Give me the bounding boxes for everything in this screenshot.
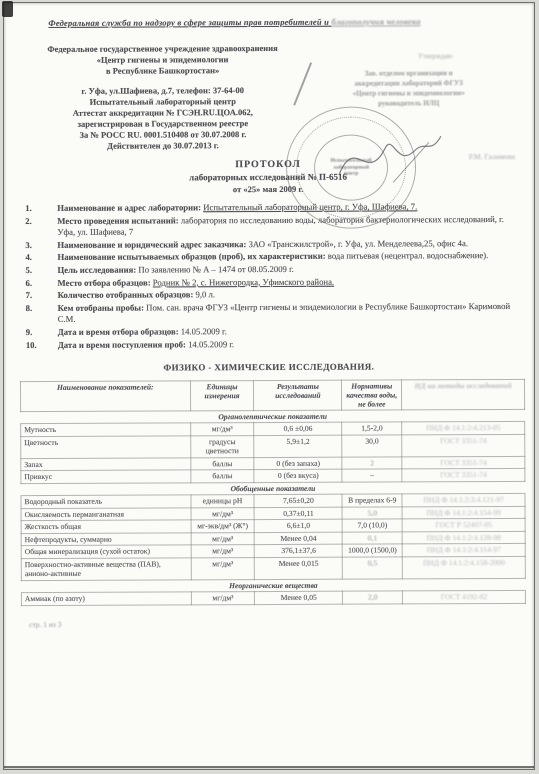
list-item-value: 14.05.2009 г. (188, 339, 234, 349)
param-result: 5,9±1,2 (254, 435, 342, 457)
table-row: Аммиак (по азоту)мг/дм³Менее 0,052,0ГОСТ… (21, 591, 525, 606)
addr-line: Действителен до 30.07.2013 г. (13, 140, 313, 152)
list-item-number: 2. (25, 216, 57, 239)
list-item-label: Кем отобраны пробы: (58, 303, 147, 313)
list-item-number: 9. (26, 327, 58, 338)
param-unit: мг/дм³ (191, 533, 255, 546)
param-norm: 0,5 (343, 557, 403, 579)
list-item-body: Цель исследования: По заявлению № А – 14… (57, 263, 519, 276)
signer-name: Р.М. Галимова (469, 152, 515, 161)
param-method-ref: ПНД Ф 14.1:2:4.158-2000 (402, 556, 525, 579)
list-item-label: Место проведения испытаний: (57, 215, 181, 226)
param-name: Жесткость общая (21, 520, 191, 533)
list-item-label: Наименование и юридический адрес заказчи… (57, 239, 248, 250)
param-name: Цветность (21, 436, 191, 459)
physchem-heading: ФИЗИКО - ХИМИЧЕСКИЕ ИССЛЕДОВАНИЯ. (4, 361, 534, 373)
param-name: Аммиак (по азоту) (21, 592, 191, 605)
param-name: Поверхностно-активные вещества (ПАВ), ан… (21, 558, 191, 581)
param-result: 0 (без вкуса) (254, 470, 342, 483)
list-item: 3.Наименование и юридический адрес заказ… (25, 238, 519, 251)
protocol-subtitle: лабораторных исследований № П-6516 (3, 171, 533, 183)
param-unit: баллы (190, 470, 254, 483)
list-item: 8.Кем отобраны пробы: Пом. сан. врача ФГ… (26, 301, 520, 326)
list-item-body: Место отбора образцов: Родник № 2, с. Ни… (58, 276, 520, 289)
column-header: Нормативы качества воды, не более (342, 380, 402, 410)
approval-line: руководитель ИЛЦ (293, 98, 525, 109)
org-block: Федеральное государственное учреждение з… (13, 43, 313, 152)
param-result: 0 (без запаха) (254, 457, 342, 470)
list-item: 1.Наименование и адрес лаборатории: Испы… (25, 201, 519, 214)
param-norm: 30,0 (342, 435, 402, 457)
list-item-label: Дата и время поступления проб: (58, 339, 188, 350)
service-header: Федеральная служба по надзору в сфере за… (48, 16, 502, 28)
list-item-number: 1. (25, 203, 57, 214)
list-item-body: Кем отобраны пробы: Пом. сан. врача ФГУЗ… (58, 301, 520, 325)
param-method-ref: ПНД Ф 14.1:2:4.213-05 (402, 422, 525, 435)
param-method-ref: ПНД Ф 14.1:2:4.128-98 (402, 531, 525, 544)
list-item-label: Наименование испытываемых образцов (проб… (57, 251, 327, 262)
column-header: НД на методы исследований (402, 379, 525, 410)
param-name: Нефтепродукты, суммарно (21, 533, 191, 546)
list-item-number: 3. (25, 240, 57, 251)
list-item-body: Дата и время поступления проб: 14.05.200… (58, 338, 520, 351)
list-item: 5.Цель исследования: По заявлению № А – … (25, 263, 519, 276)
param-name: Привкус (21, 470, 191, 483)
param-unit: мг/дм³ (190, 423, 254, 436)
signature (333, 128, 445, 190)
list-item: 6.Место отбора образцов: Родник № 2, с. … (26, 276, 520, 289)
list-item-value: Родник № 2, с. Нижегородка, Уфимского ра… (153, 276, 334, 287)
org-line: Федеральное государственное учреждение з… (13, 43, 313, 55)
param-method-ref: ПНД Ф 14.1:2:4.114-97 (402, 544, 525, 557)
param-name: Окисляемость перманганатная (21, 508, 191, 521)
param-method-ref: ПНД Ф 14.1:2:3:4.121-97 (402, 494, 525, 507)
list-item-number: 5. (25, 265, 57, 276)
list-item: 9.Дата и время отбора образцов: 14.05.20… (26, 325, 520, 338)
list-item-value: ЗАО «Трансжилстрой», г. Уфа, ул. Менделе… (249, 238, 469, 249)
param-result: 6,6±1,0 (255, 520, 343, 533)
param-unit: баллы (190, 458, 254, 471)
list-item: 2.Место проведения испытаний: лаборатори… (25, 214, 519, 239)
list-item-value: 14.05.2009 г. (181, 326, 227, 336)
param-norm: – (342, 469, 402, 482)
protocol-date: от «25» мая 2009 г. (3, 183, 533, 195)
param-unit: мг/дм³ (191, 592, 255, 605)
list-item-value: По заявлению № А – 1474 от 08.05.2009 г. (138, 264, 293, 275)
list-item-value: 9,0 л. (195, 290, 215, 300)
param-method-ref: ГОСТ 3351-74 (402, 434, 525, 457)
document-page: Федеральная служба по надзору в сфере за… (3, 2, 535, 770)
list-item-label: Место отбора образцов: (58, 277, 153, 287)
param-result: Менее 0,04 (255, 532, 343, 545)
list-item-number: 8. (26, 303, 58, 326)
param-name: Запах (21, 458, 191, 471)
param-norm: 7,0 (10,0) (342, 519, 402, 532)
table-row: Цветностьградусы цветности5,9±1,230,0ГОС… (21, 434, 525, 458)
list-item-value: вода питьевая (нецентрал. водоснабжение)… (328, 250, 489, 261)
param-unit: мг/дм³ (191, 558, 255, 580)
param-method-ref: ГОСТ 3351-74 (402, 456, 525, 469)
numbered-list: 1.Наименование и адрес лаборатории: Испы… (25, 201, 520, 351)
param-method-ref: ГОСТ 4192-82 (403, 591, 526, 604)
approve-word: Утверждаю (418, 52, 453, 60)
list-item: 4.Наименование испытываемых образцов (пр… (25, 250, 519, 263)
list-item-number: 10. (26, 340, 58, 351)
param-method-ref: ГОСТ Р 52407-05 (402, 519, 525, 532)
column-header: Наименование показателей: (20, 381, 190, 412)
service-header-clear: Федеральная служба по надзору в сфере за… (48, 17, 331, 28)
list-item-label: Цель исследования: (57, 265, 138, 275)
protocol-title: ПРОТОКОЛ (3, 158, 533, 171)
param-norm: 2,0 (343, 591, 403, 604)
param-unit: мг-экв/дм³ (Ж°) (191, 520, 255, 533)
param-result: Менее 0,05 (255, 592, 343, 605)
param-norm: 2 (342, 457, 402, 470)
results-table: Наименование показателей:Единицы измерен… (20, 379, 526, 606)
table-row: Поверхностно-активные вещества (ПАВ), ан… (21, 556, 525, 580)
list-item-number: 6. (26, 278, 58, 289)
param-result: 0,6 ±0,06 (254, 423, 342, 436)
list-item: 10.Дата и время поступления проб: 14.05.… (26, 338, 520, 351)
results-table-head: Наименование показателей:Единицы измерен… (20, 379, 524, 411)
list-item-label: Дата и время отбора образцов: (58, 326, 181, 337)
param-name: Водородный показатель (21, 495, 191, 508)
param-norm: 1,5-2,0 (342, 422, 402, 435)
param-method-ref: ГОСТ 3351-74 (402, 469, 525, 482)
list-item-body: Количество отобранных образцов: 9,0 л. (58, 288, 520, 301)
param-norm: 0,1 (342, 532, 402, 545)
approval-block: Зав. отделом организации и аккредитации … (293, 68, 525, 109)
table-row: Привкусбаллы0 (без вкуса)–ГОСТ 3351-74 (21, 469, 525, 484)
list-item-body: Место проведения испытаний: лаборатория … (57, 214, 519, 238)
param-method-ref: ПНД Ф 14.1:2:4.154-99 (402, 506, 525, 519)
list-item-label: Количество отобранных образцов: (58, 290, 196, 301)
param-norm: 5,0 (342, 507, 402, 520)
service-header-faint: благополучия человека (331, 16, 420, 26)
protocol-title-block: ПРОТОКОЛ лабораторных исследований № П-6… (3, 158, 533, 195)
param-unit: мг/дм³ (191, 508, 255, 521)
param-norm: 1000,0 (1500,0) (342, 544, 402, 557)
list-item: 7.Количество отобранных образцов: 9,0 л. (26, 288, 520, 301)
list-item-body: Дата и время отбора образцов: 14.05.2009… (58, 325, 520, 338)
column-header: Единицы измерения (190, 381, 254, 411)
param-unit: единицы рН (191, 495, 255, 508)
param-name: Мутность (21, 423, 191, 436)
list-item-body: Наименование и адрес лаборатории: Испыта… (57, 201, 519, 214)
scanned-content: Федеральная служба по надзору в сфере за… (2, 2, 535, 770)
page-number: стр. 1 из 3 (29, 618, 535, 629)
param-norm: В пределах 6-9 (342, 494, 402, 507)
list-item-body: Наименование и юридический адрес заказчи… (57, 238, 519, 251)
list-item-body: Наименование испытываемых образцов (проб… (57, 250, 519, 263)
param-result: 0,37±0,11 (254, 507, 342, 520)
param-result: 7,65±0,20 (254, 495, 342, 508)
param-unit: мг/дм³ (191, 545, 255, 558)
param-result: Менее 0,015 (255, 557, 343, 579)
column-header: Результаты исследований (254, 380, 342, 410)
param-result: 376,1±37,6 (255, 545, 343, 558)
list-item-label: Наименование и адрес лаборатории: (57, 202, 203, 213)
param-unit: градусы цветности (190, 436, 254, 458)
list-item-number: 7. (26, 290, 58, 301)
param-name: Общая минерализация (сухой остаток) (21, 545, 191, 558)
list-item-number: 4. (25, 252, 57, 263)
